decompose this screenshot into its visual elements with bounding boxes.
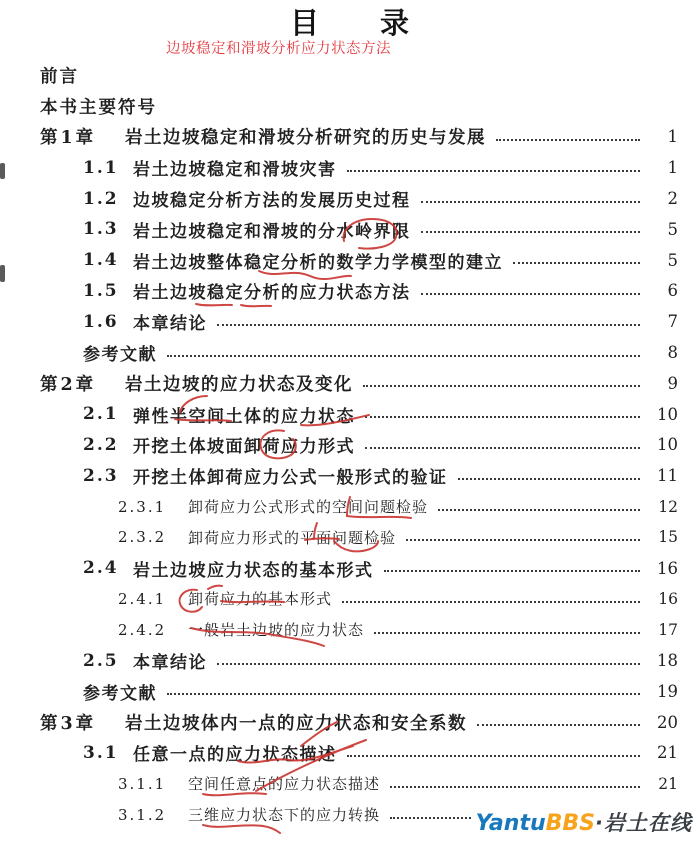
toc-entry-number: 2.3 (83, 466, 133, 486)
dot-leader (347, 170, 641, 172)
toc-entry-number: 2.5 (83, 651, 133, 671)
toc-row: 前言 (0, 60, 700, 91)
toc-page-number: 5 (648, 220, 678, 239)
toc-entry-label: 卸荷应力公式形式的空间问题检验 (188, 496, 428, 517)
dot-leader (421, 201, 641, 203)
toc-entry-number: 2.3.2 (118, 528, 188, 546)
toc-page-number: 10 (648, 405, 678, 424)
toc-entry-label: 岩土边坡应力状态的基本形式 (133, 556, 374, 581)
toc-row: 第1章岩土边坡稳定和滑坡分析研究的历史与发展1 (0, 122, 700, 153)
toc-row: 2.4.2一般岩土边坡的应力状态17 (0, 614, 700, 645)
toc-page-number: 18 (648, 651, 678, 670)
toc-row: 本书主要符号 (0, 91, 700, 122)
toc-entry-label: 空间任意点的应力状态描述 (188, 773, 380, 794)
toc-entry-number: 2.4 (83, 558, 133, 578)
dot-leader (458, 478, 641, 480)
toc-row: 1.5岩土边坡稳定分析的应力状态方法6 (0, 276, 700, 307)
toc-entry-number: 1.2 (83, 189, 133, 209)
dot-leader (421, 293, 641, 295)
toc-row: 参考文献19 (0, 676, 700, 707)
toc-page-number: 17 (648, 621, 678, 639)
dot-leader (477, 724, 640, 726)
toc-row: 2.3.1卸荷应力公式形式的空间问题检验12 (0, 491, 700, 522)
dot-leader (390, 786, 640, 788)
toc-entry-number: 2.4.1 (118, 590, 188, 608)
toc-page-number: 1 (648, 127, 678, 146)
toc-entry-label: 弹性半空间土体的应力状态 (133, 402, 355, 427)
toc-entry-label: 岩土边坡稳定和滑坡灾害 (133, 155, 337, 180)
toc-row: 2.3开挖土体卸荷应力公式一般形式的验证11 (0, 460, 700, 491)
toc-entry-number: 1.5 (83, 281, 133, 301)
toc-page-number: 9 (648, 374, 678, 393)
toc-row: 第2章岩土边坡的应力状态及变化9 (0, 368, 700, 399)
toc-entry-label: 开挖土体坡面卸荷应力形式 (133, 432, 355, 457)
dot-leader (347, 755, 641, 757)
toc-row: 3.1任意一点的应力状态描述21 (0, 738, 700, 769)
toc-entry-label: 任意一点的应力状态描述 (133, 740, 337, 765)
toc-page-number: 16 (648, 590, 678, 608)
watermark-yantu: Yantu (476, 811, 546, 836)
toc-entry-number: 2.1 (83, 404, 133, 424)
toc-entry-number: 第2章 (40, 371, 125, 396)
toc-page-number: 10 (648, 435, 678, 454)
toc-row: 1.1岩土边坡稳定和滑坡灾害1 (0, 152, 700, 183)
toc-entry-label: 岩土边坡稳定和滑坡分析研究的历史与发展 (125, 124, 486, 149)
dot-leader (438, 509, 640, 511)
toc-entry-number: 1.3 (83, 219, 133, 239)
toc-page-number: 15 (648, 528, 678, 546)
toc-entry-number: 2.3.1 (118, 498, 188, 516)
toc-entry-label: 边坡稳定分析方法的发展历史过程 (133, 186, 411, 211)
toc-row: 1.6本章结论7 (0, 306, 700, 337)
toc-page-number: 7 (648, 312, 678, 331)
toc-entry-label: 卸荷应力的基本形式 (188, 588, 332, 609)
toc-page-number: 2 (648, 189, 678, 208)
toc-row: 2.1弹性半空间土体的应力状态10 (0, 399, 700, 430)
toc-row: 1.4岩土边坡整体稳定分析的数学力学模型的建立5 (0, 245, 700, 276)
toc-entry-label: 开挖土体卸荷应力公式一般形式的验证 (133, 463, 448, 488)
dot-leader (342, 601, 640, 603)
toc-entry-label: 岩土边坡体内一点的应力状态和安全系数 (125, 710, 467, 735)
dot-leader (365, 447, 640, 449)
toc-entry-number: 3.1.1 (118, 775, 188, 793)
toc-page-number: 12 (648, 498, 678, 516)
toc-page-number: 11 (648, 466, 678, 485)
dot-leader (406, 539, 640, 541)
toc-entry-label: 本章结论 (133, 309, 207, 334)
watermark-bbs: BBS (546, 811, 595, 836)
toc-entry-label: 参考文献 (83, 340, 157, 365)
toc-page: 目 录 边坡稳定和滑坡分析应力状态方法 前言本书主要符号第1章岩土边坡稳定和滑坡… (0, 0, 700, 852)
toc-entry-number: 1.1 (83, 158, 133, 178)
toc-row: 1.2边坡稳定分析方法的发展历史过程2 (0, 183, 700, 214)
toc-entry-label: 三维应力状态下的应力转换 (188, 804, 380, 825)
toc-entry-label: 岩土边坡稳定和滑坡的分水岭界限 (133, 217, 411, 242)
toc-entry-label: 参考文献 (83, 679, 157, 704)
toc-row: 2.5本章结论18 (0, 645, 700, 676)
dot-leader (496, 139, 640, 141)
toc-entry-label: 一般岩土边坡的应力状态 (188, 619, 364, 640)
toc-page-number: 20 (648, 713, 678, 732)
toc-row: 2.2开挖土体坡面卸荷应力形式10 (0, 430, 700, 461)
toc-entry-label: 前言 (40, 63, 79, 88)
toc-entry-number: 1.6 (83, 312, 133, 332)
toc-entry-number: 3.1.2 (118, 806, 188, 824)
toc-page-number: 16 (648, 559, 678, 578)
toc-row: 2.4岩土边坡应力状态的基本形式16 (0, 553, 700, 584)
toc-entry-label: 卸荷应力形式的平面问题检验 (188, 527, 396, 548)
toc-entry-label: 本书主要符号 (40, 94, 157, 119)
dot-leader (217, 663, 640, 665)
dot-leader (365, 416, 640, 418)
dot-leader (513, 262, 640, 264)
toc-page-number: 21 (648, 743, 678, 762)
toc-row: 1.3岩土边坡稳定和滑坡的分水岭界限5 (0, 214, 700, 245)
toc-row: 第3章岩土边坡体内一点的应力状态和安全系数20 (0, 707, 700, 738)
toc-list: 前言本书主要符号第1章岩土边坡稳定和滑坡分析研究的历史与发展11.1岩土边坡稳定… (0, 60, 700, 830)
toc-row: 参考文献8 (0, 337, 700, 368)
dot-leader (363, 385, 640, 387)
toc-entry-number: 第3章 (40, 710, 125, 735)
red-annotation-text: 边坡稳定和滑坡分析应力状态方法 (166, 37, 391, 58)
toc-entry-number: 2.4.2 (118, 621, 188, 639)
toc-page-number: 21 (648, 775, 678, 793)
dot-leader (374, 632, 640, 634)
toc-entry-label: 岩土边坡稳定分析的应力状态方法 (133, 278, 411, 303)
dot-leader (384, 570, 641, 572)
dot-leader (167, 355, 640, 357)
page-title: 目 录 (0, 1, 700, 42)
dot-leader (167, 693, 640, 695)
toc-page-number: 8 (648, 343, 678, 362)
dot-leader (217, 324, 640, 326)
toc-page-number: 6 (648, 281, 678, 300)
watermark-logo: YantuBBS·岩土在线 (472, 804, 694, 843)
toc-entry-number: 3.1 (83, 743, 133, 763)
toc-page-number: 19 (648, 682, 678, 701)
toc-entry-number: 1.4 (83, 250, 133, 270)
toc-row: 2.3.2卸荷应力形式的平面问题检验15 (0, 522, 700, 553)
toc-entry-number: 第1章 (40, 124, 125, 149)
toc-entry-label: 本章结论 (133, 648, 207, 673)
toc-page-number: 5 (648, 251, 678, 270)
toc-entry-label: 岩土边坡的应力状态及变化 (125, 371, 353, 396)
scan-artifact (0, 163, 5, 179)
watermark-cn-text: 岩土在线 (604, 811, 692, 835)
scan-artifact (0, 265, 5, 282)
toc-entry-number: 2.2 (83, 435, 133, 455)
toc-row: 2.4.1卸荷应力的基本形式16 (0, 584, 700, 615)
toc-entry-label: 岩土边坡整体稳定分析的数学力学模型的建立 (133, 248, 503, 273)
watermark-separator: · (595, 811, 604, 835)
toc-row: 3.1.1空间任意点的应力状态描述21 (0, 768, 700, 799)
toc-page-number: 1 (648, 158, 678, 177)
dot-leader (421, 231, 641, 233)
